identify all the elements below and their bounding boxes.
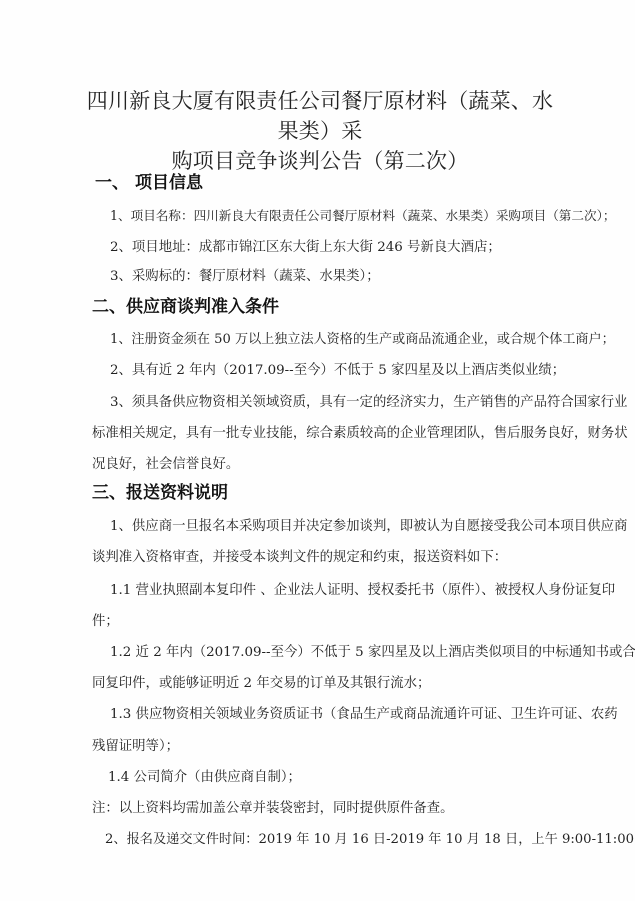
document-page: 四川新良大厦有限责任公司餐厅原材料（蔬菜、水果类）采 购项目竞争谈判公告（第二次… xyxy=(0,0,635,901)
paragraph-line: 3、采购标的：餐厅原材料（蔬菜、水果类）； xyxy=(110,265,380,284)
paragraph-line: 2、报名及递交文件时间：2019 年 10 月 16 日-2019 年 10 月… xyxy=(105,828,635,847)
section-number: 二、 xyxy=(92,292,126,317)
paragraph-line: 谈判准入资格审查，并接受本谈判文件的规定和约束，报送资料如下： xyxy=(92,546,507,565)
paragraph-line: 2、具有近 2 年内（2017.09--至今）不低于 5 家四星及以上酒店类似业… xyxy=(110,359,565,378)
paragraph-line: 1、供应商一旦报名本采购项目并决定参加谈判，即被认为自愿接受我公司本项目供应商 xyxy=(110,515,627,534)
section-number: 一、 xyxy=(95,168,135,193)
paragraph-line: 1.4 公司简介（由供应商自制）； xyxy=(108,766,301,785)
paragraph-line: 残留证明等）； xyxy=(92,735,179,754)
paragraph-line: 1.2 近 2 年内（2017.09--至今）不低于 5 家四星及以上酒店类似项… xyxy=(110,641,635,660)
paragraph-line: 同复印件，或能够证明近 2 年交易的订单及其银行流水； xyxy=(92,672,430,691)
paragraph-line: 1.3 供应物资相关领域业务资质证书（食品生产或商品流通许可证、卫生许可证、农药 xyxy=(110,703,618,722)
section-title: 报送资料说明 xyxy=(126,478,228,503)
paragraph-line: 标准相关规定，具有一批专业技能，综合素质较高的企业管理团队，售后服务良好，财务状 xyxy=(92,422,628,441)
document-title: 四川新良大厦有限责任公司餐厅原材料（蔬菜、水果类）采 购项目竞争谈判公告（第二次… xyxy=(80,86,560,176)
section-title: 供应商谈判准入条件 xyxy=(126,292,279,317)
section-title: 项目信息 xyxy=(135,168,203,193)
paragraph-line: 件； xyxy=(92,610,119,629)
note-line: 注：以上资料均需加盖公章并装袋密封，同时提供原件备查。 xyxy=(92,797,454,816)
section-heading-3: 三、报送资料说明 xyxy=(92,478,228,503)
paragraph-line: 况良好，社会信誉良好。 xyxy=(92,453,239,472)
paragraph-line: 1.1 营业执照副本复印件 、企业法人证明、授权委托书（原件）、被授权人身份证复… xyxy=(110,579,615,598)
section-heading-1: 一、项目信息 xyxy=(95,168,203,193)
title-line-1: 四川新良大厦有限责任公司餐厅原材料（蔬菜、水果类）采 xyxy=(80,86,560,146)
section-heading-2: 二、供应商谈判准入条件 xyxy=(92,292,279,317)
section-number: 三、 xyxy=(92,478,126,503)
paragraph-line: 1、注册资金须在 50 万以上独立法人资格的生产或商品流通企业，或合规个体工商户… xyxy=(110,328,615,347)
paragraph-line: 1、项目名称：四川新良大有限责任公司餐厅原材料（蔬菜、水果类）采购项目（第二次）… xyxy=(110,205,615,224)
paragraph-line: 2、项目地址：成都市锦江区东大街上东大街 246 号新良大酒店； xyxy=(110,236,501,255)
paragraph-line: 3、须具备供应物资相关领域资质，具有一定的经济实力，生产销售的产品符合国家行业 xyxy=(110,391,627,410)
